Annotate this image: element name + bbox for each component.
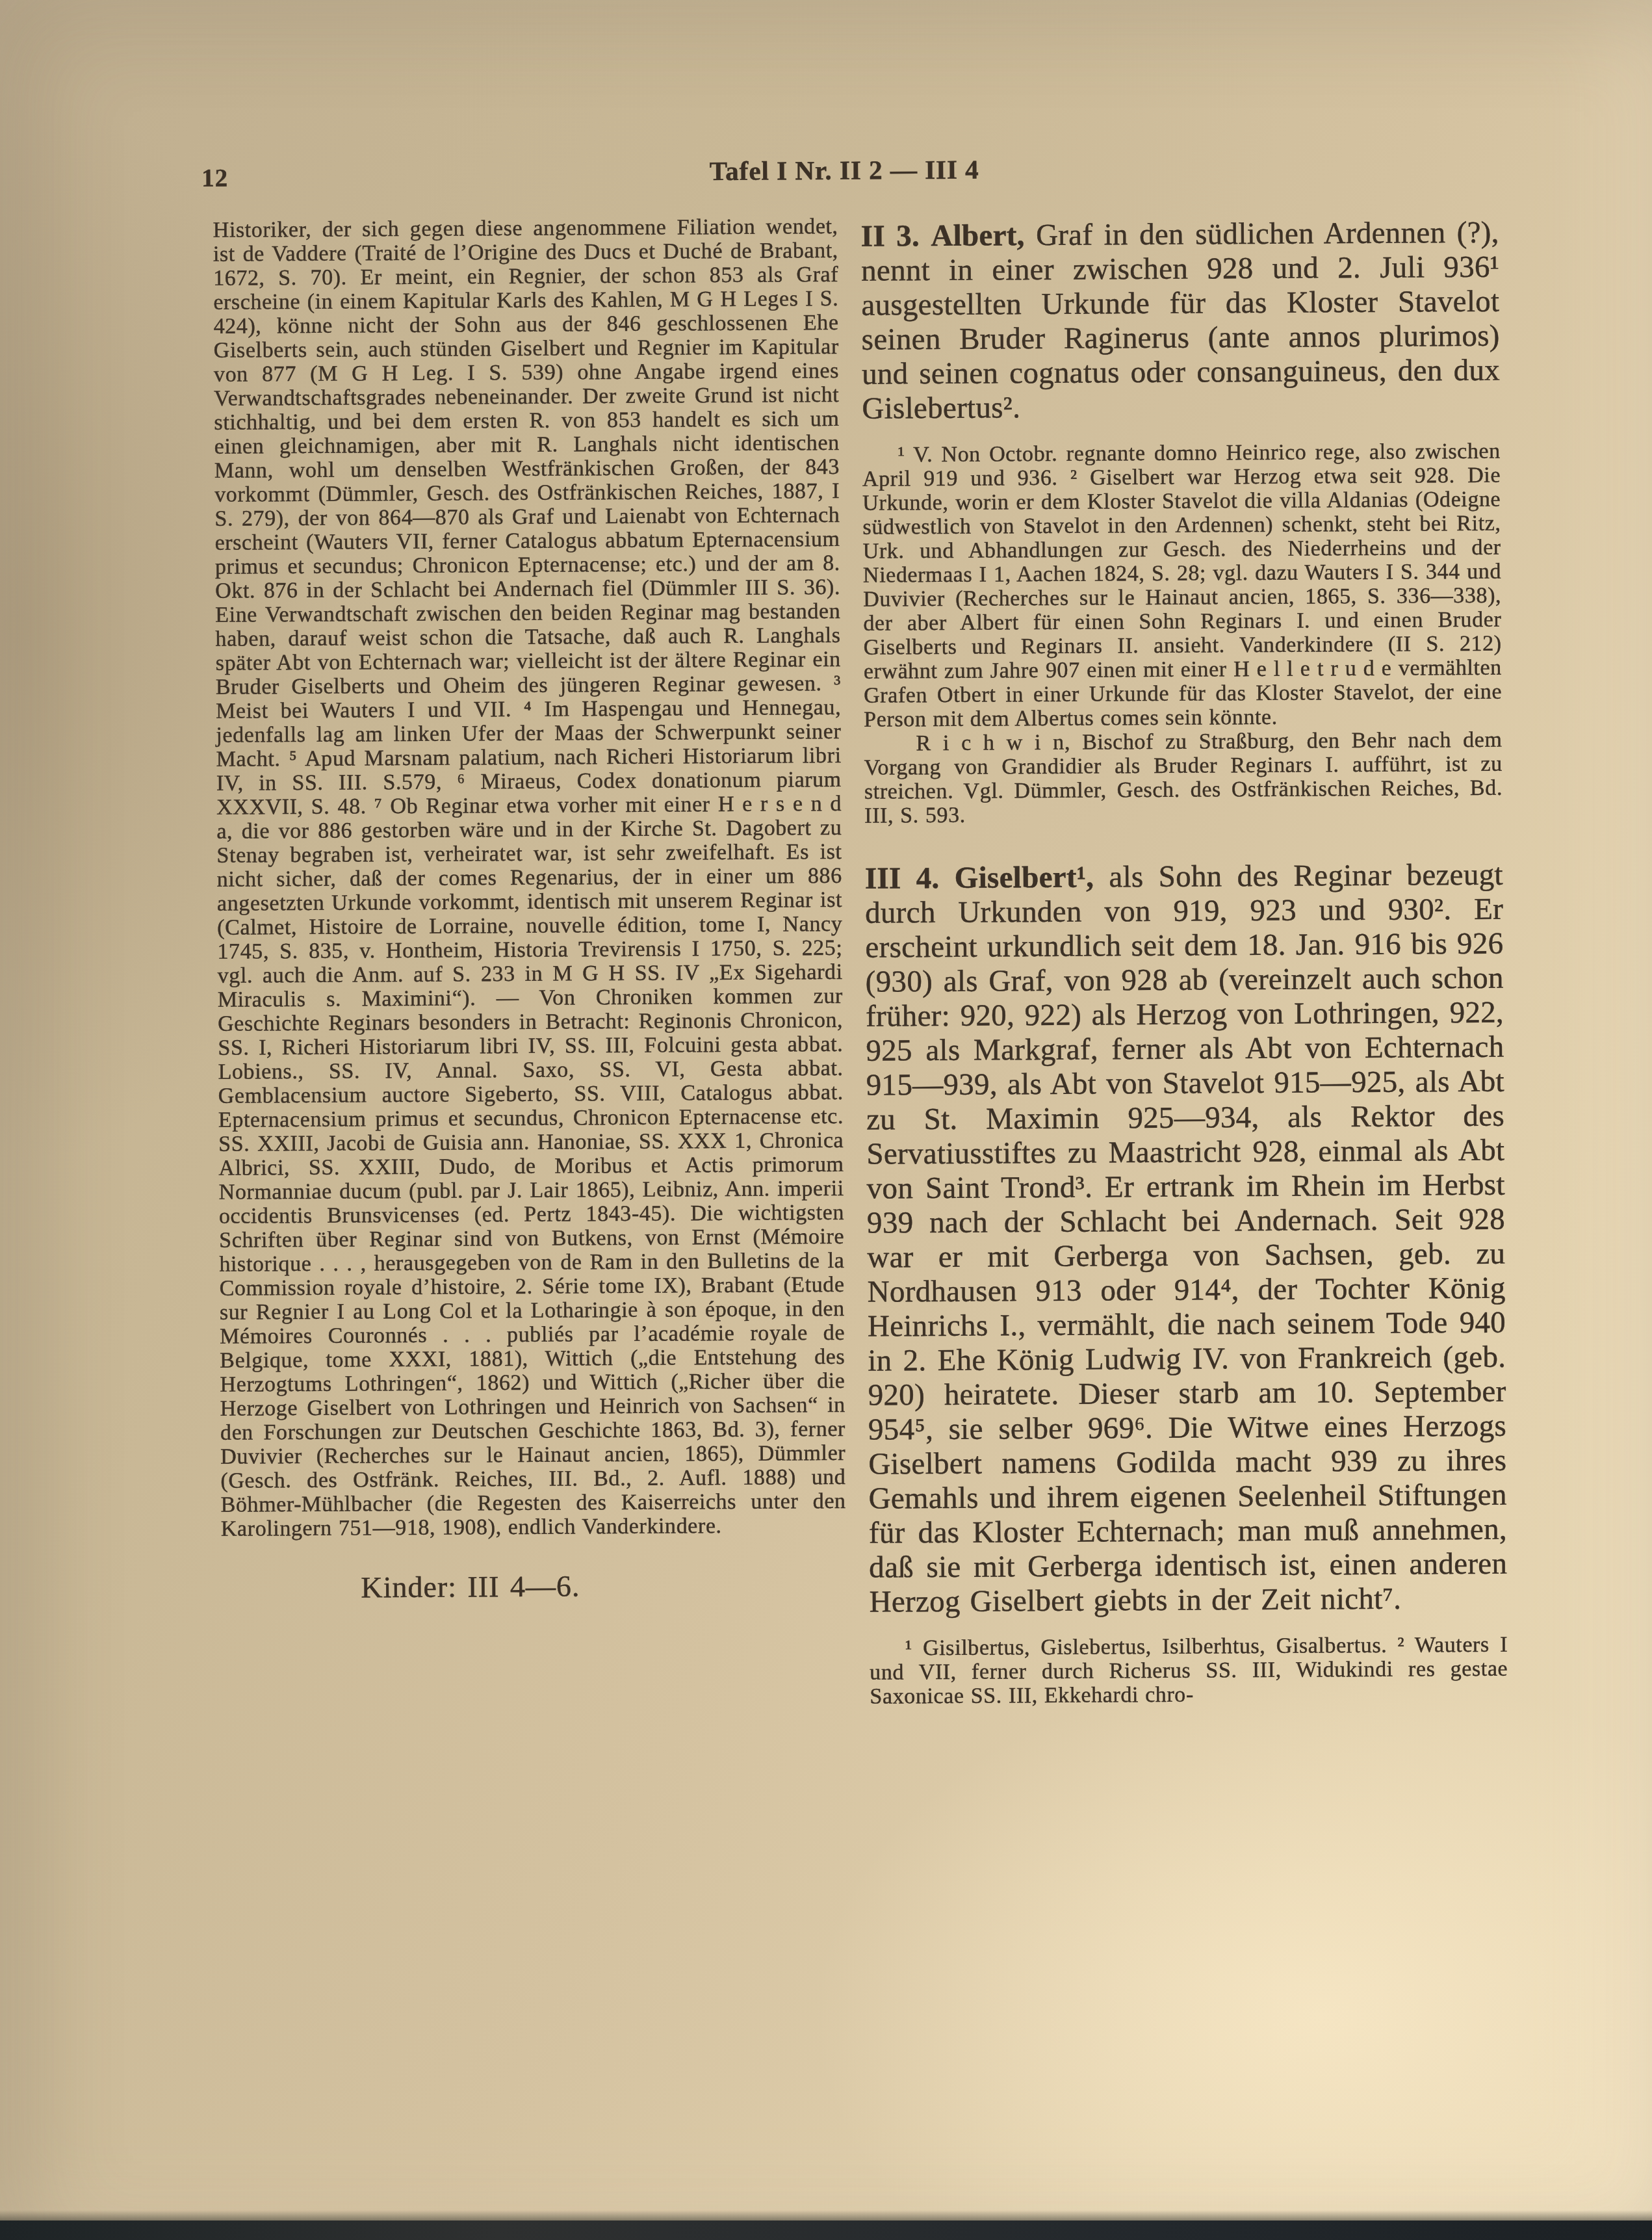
page-content: 12 Tafel I Nr. II 2 — III 4 Historiker, … [0,0,1652,2240]
left-column: Historiker, der sich gegen diese angenom… [213,215,847,1606]
section-III4-paragraph: III 4. Giselbert¹, als Sohn des Reginar … [865,858,1508,1620]
footnote-II3: ¹ V. Non Octobr. regnante domno Heinrico… [862,439,1503,732]
section-II3-label: II 3. [861,219,920,254]
section-III4-body: als Sohn des Reginar bezeugt durch Urkun… [865,858,1507,1619]
scan-bottom-edge [0,2220,1652,2240]
scanned-book-page: 12 Tafel I Nr. II 2 — III 4 Historiker, … [0,0,1652,2240]
footnote-richwin: R i c h w i n, Bischof zu Straßburg, den… [864,728,1503,828]
section-III4-name: Giselbert¹, [955,860,1094,894]
section-II3-name: Albert, [931,218,1025,253]
footnote-III4: ¹ Gisilbertus, Gislebertus, Isilberhtus,… [870,1633,1508,1709]
footnote-continuation-paragraph: Historiker, der sich gegen diese angenom… [213,215,846,1541]
right-column: II 3. Albert, Graf in den südlichen Arde… [861,216,1508,1709]
kinder-line: Kinder: III 4—6. [221,1567,846,1606]
section-III4-label: III 4. [865,861,940,896]
section-II3-paragraph: II 3. Albert, Graf in den südlichen Arde… [861,216,1501,426]
page-header: Tafel I Nr. II 2 — III 4 [42,150,1647,190]
